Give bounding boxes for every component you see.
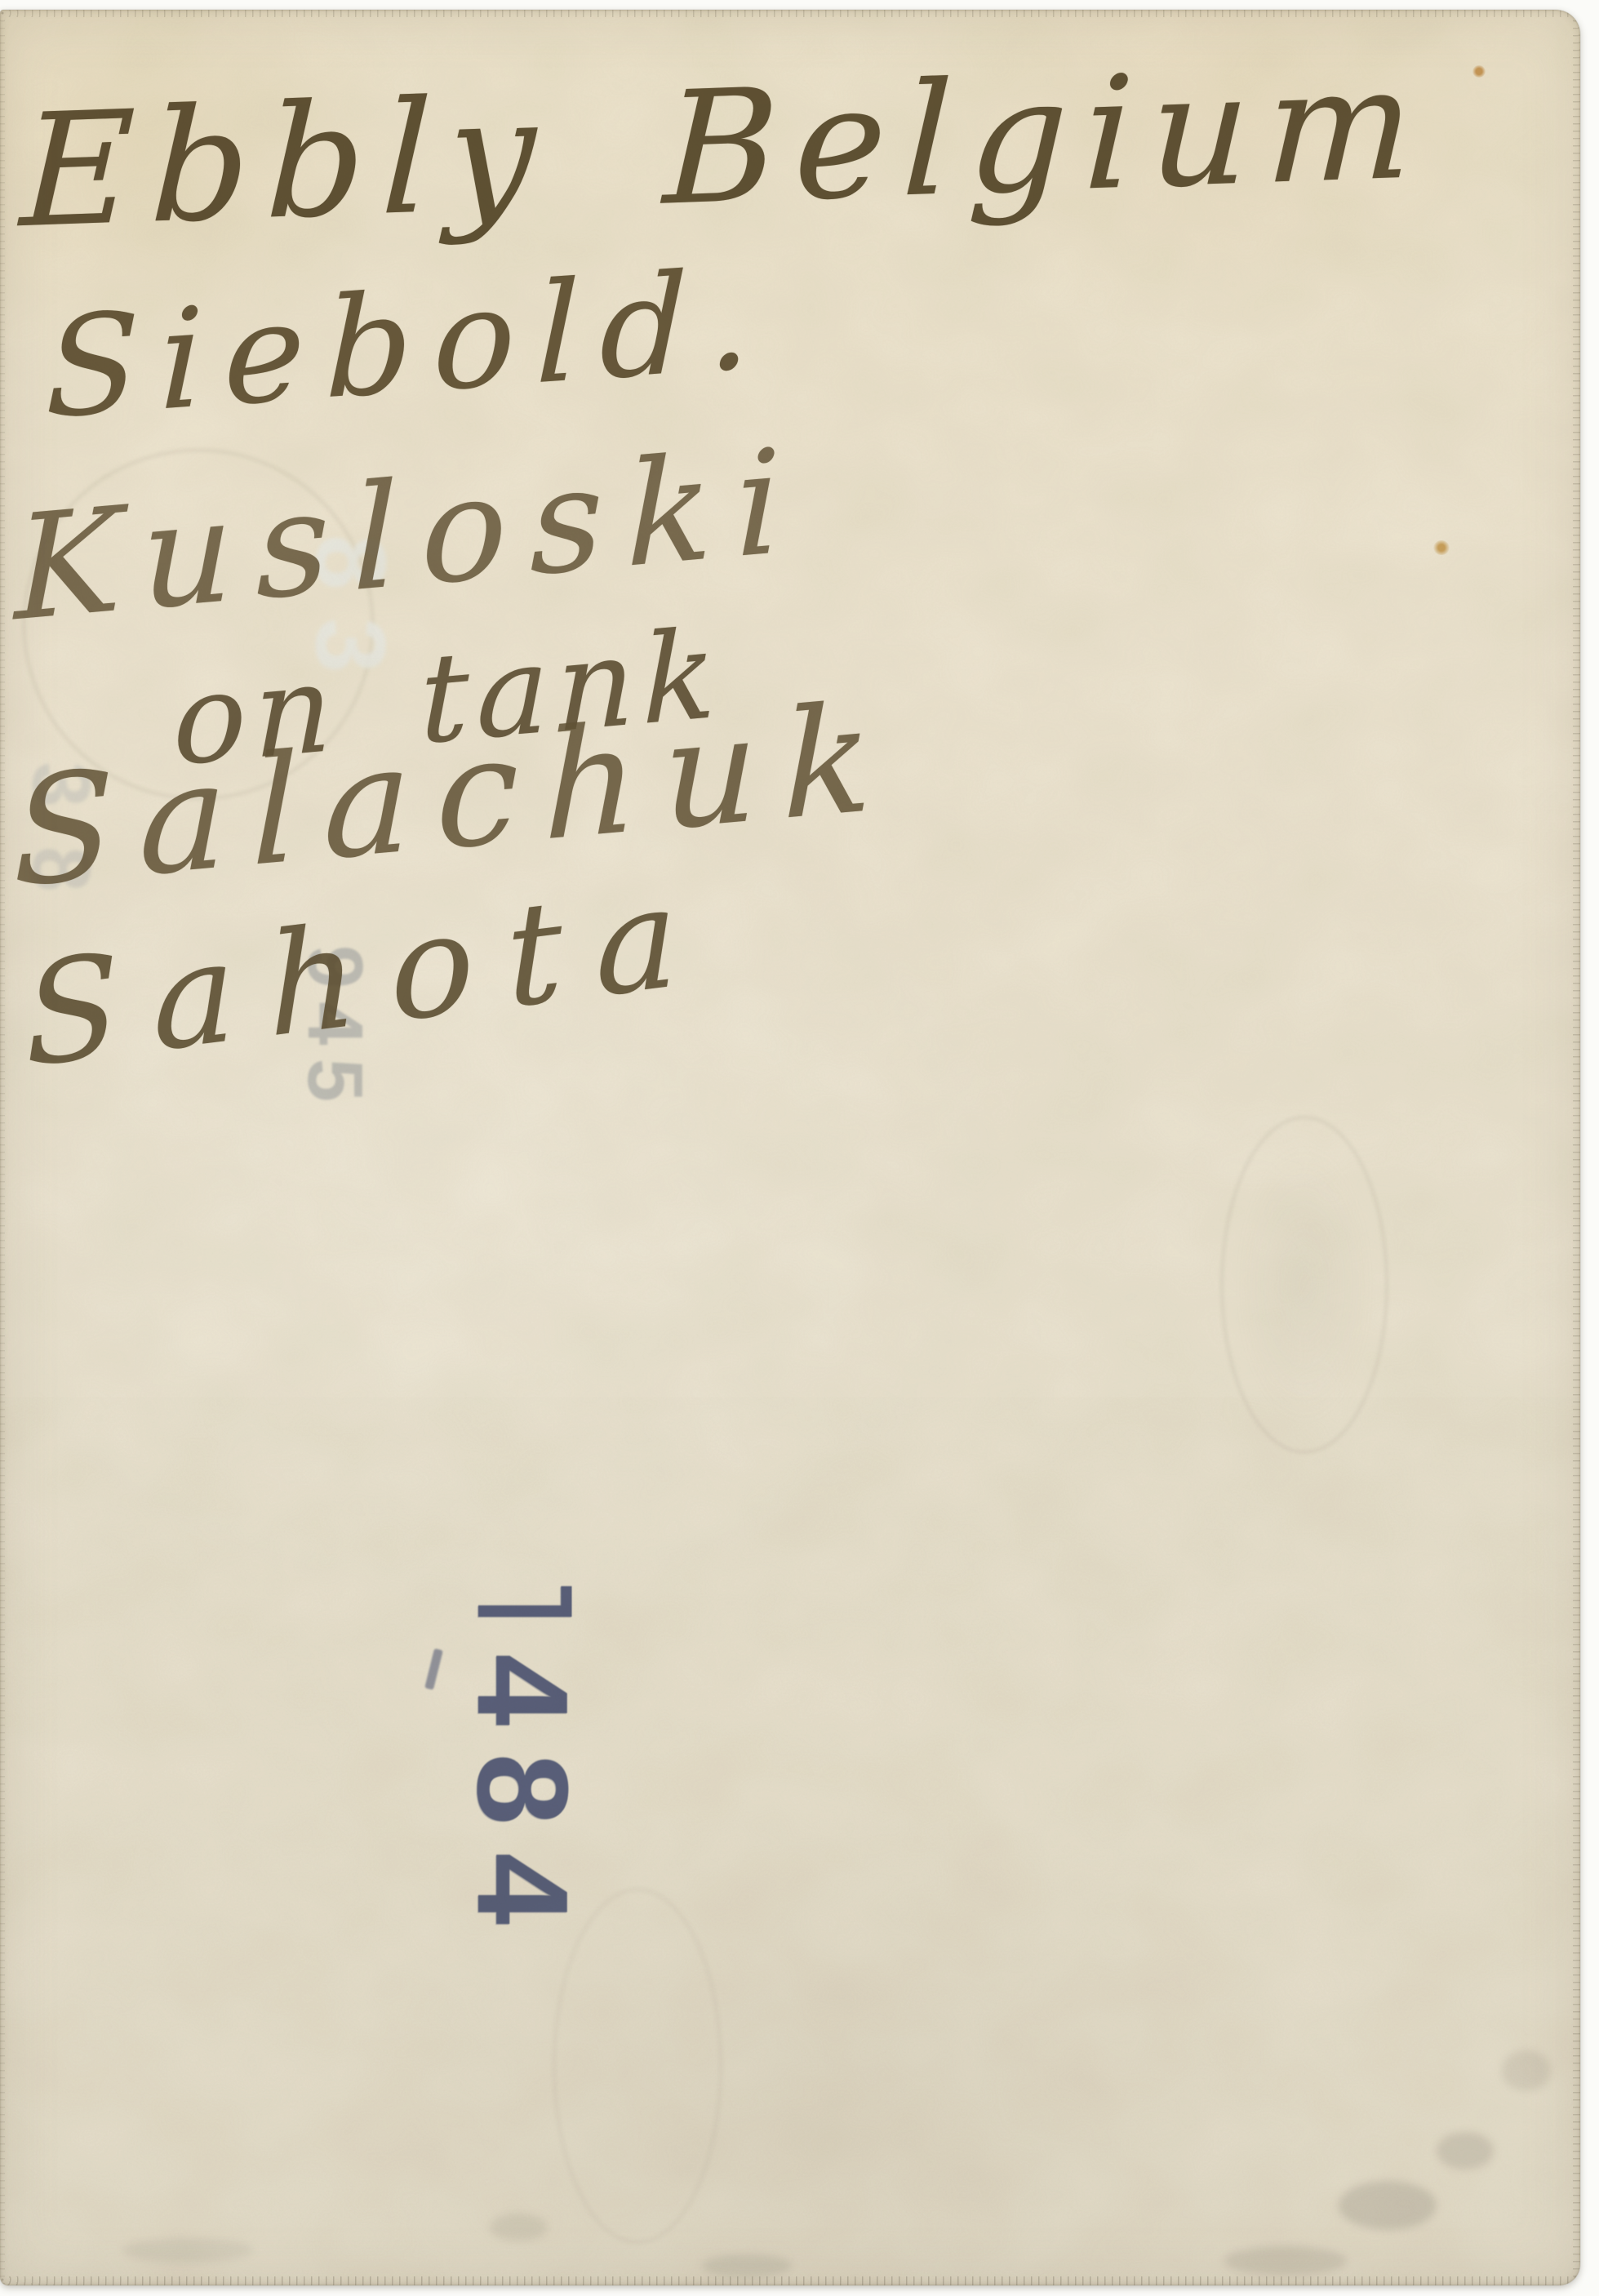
rust-spot-right: [1433, 540, 1450, 555]
smudge: [1437, 2132, 1494, 2169]
paper-edge-specks-bottom: [0, 2276, 1580, 2285]
ghost-oval-stamp-right: [1221, 1117, 1388, 1453]
handwriting-line-name-1: Siebold.: [45, 249, 773, 437]
scanner-background: 83 38 945 Ebbly Belgium Siebold. Kuslosk…: [0, 0, 1599, 2296]
paper-edge-specks-right: [1573, 10, 1580, 2285]
smudge: [702, 2254, 792, 2277]
handwriting-line-location: Ebbly Belgium: [19, 46, 1432, 251]
paper-edge-specks-left: [0, 10, 5, 2285]
rust-spot-top-right: [1472, 65, 1486, 78]
smudge: [122, 2238, 253, 2263]
accession-number-text: 484: [449, 1654, 597, 1952]
accession-number-end-mark: ˥: [449, 1577, 597, 1654]
smudge: [490, 2214, 547, 2241]
accession-number-stamp: ˥484: [412, 1552, 633, 1977]
smudge: [1224, 2246, 1347, 2276]
smudge: [1502, 2050, 1551, 2091]
photo-paper: 83 38 945 Ebbly Belgium Siebold. Kuslosk…: [0, 10, 1580, 2285]
paper-edge-specks-top: [0, 10, 1580, 17]
smudge: [1339, 2181, 1437, 2230]
